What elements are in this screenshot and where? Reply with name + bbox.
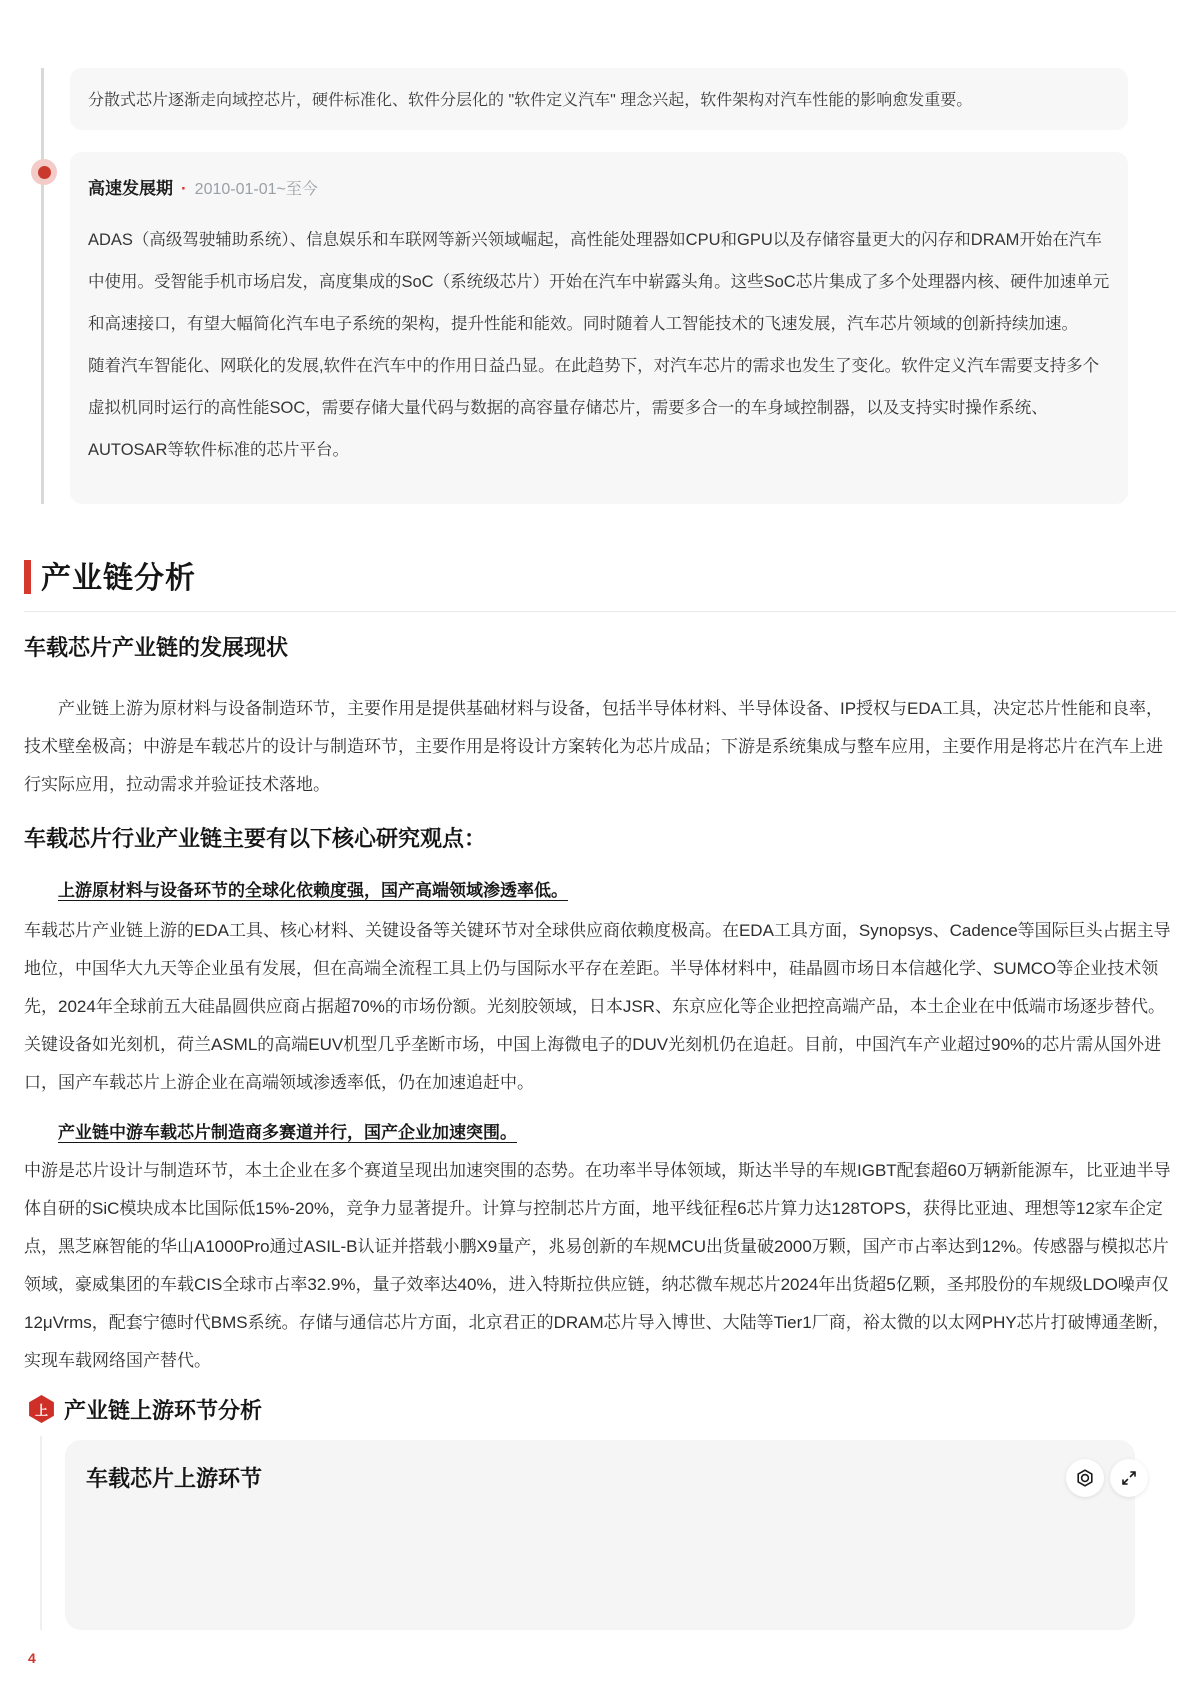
upstream-heading: 产业链上游环节分析 bbox=[64, 1394, 262, 1425]
upstream-guide-line bbox=[40, 1436, 42, 1630]
upstream-badge-icon: 上 bbox=[28, 1395, 55, 1423]
timeline-item-header: 高速发展期 · 2010-01-01~至今 bbox=[88, 174, 1110, 199]
expand-icon bbox=[1121, 1470, 1137, 1486]
viewpoint-2-highlight: 产业链中游车载芯片制造商多赛道并行，国产企业加速突围。 bbox=[24, 1118, 1178, 1143]
timeline-previous-text: 分散式芯片逐渐走向域控芯片，硬件标准化、软件分层化的 "软件定义汽车" 理念兴起… bbox=[88, 92, 972, 109]
viewpoint-2-body: 中游是芯片设计与制造环节，本土企业在多个赛道呈现出加速突围的态势。在功率半导体领… bbox=[24, 1152, 1178, 1380]
expand-button[interactable] bbox=[1110, 1459, 1148, 1497]
timeline-item-date-range: 2010-01-01~至今 bbox=[195, 176, 318, 199]
viewpoints-heading: 车载芯片行业产业链主要有以下核心研究观点： bbox=[24, 822, 486, 853]
page-number: 4 bbox=[28, 1650, 36, 1666]
timeline-item-paragraph-2: 随着汽车智能化、网联化的发展,软件在汽车中的作用日益凸显。在此趋势下，对汽车芯片… bbox=[88, 345, 1110, 471]
status-heading: 车载芯片产业链的发展现状 bbox=[24, 631, 288, 662]
timeline-item-title: 高速发展期 bbox=[88, 174, 173, 199]
timeline-line bbox=[41, 68, 44, 504]
watermark-seal-button[interactable] bbox=[1066, 1459, 1104, 1497]
timeline-dot bbox=[31, 159, 57, 185]
status-paragraph: 产业链上游为原材料与设备制造环节，主要作用是提供基础材料与设备，包括半导体材料、… bbox=[24, 690, 1178, 804]
upstream-badge-label: 上 bbox=[35, 1400, 48, 1419]
section-divider bbox=[24, 611, 1176, 612]
viewpoint-1-body: 车载芯片产业链上游的EDA工具、核心材料、关键设备等关键环节对全球供应商依赖度极… bbox=[24, 912, 1178, 1102]
upstream-card-title: 车载芯片上游环节 bbox=[86, 1462, 262, 1493]
viewpoint-1-highlight: 上游原材料与设备环节的全球化依赖度强，国产高端领域渗透率低。 bbox=[24, 876, 1178, 901]
hexagon-seal-icon bbox=[1076, 1469, 1094, 1487]
section-title-accent-bar bbox=[24, 560, 31, 594]
section-title: 产业链分析 bbox=[41, 553, 196, 597]
timeline-item-card: 高速发展期 · 2010-01-01~至今 ADAS（高级驾驶辅助系统）、信息娱… bbox=[70, 152, 1128, 504]
timeline-item-separator: · bbox=[181, 179, 187, 199]
timeline-previous-item: 分散式芯片逐渐走向域控芯片，硬件标准化、软件分层化的 "软件定义汽车" 理念兴起… bbox=[70, 68, 1128, 130]
timeline-item-paragraph-1: ADAS（高级驾驶辅助系统）、信息娱乐和车联网等新兴领域崛起，高性能处理器如CP… bbox=[88, 219, 1110, 345]
timeline-dot-core bbox=[38, 166, 51, 179]
